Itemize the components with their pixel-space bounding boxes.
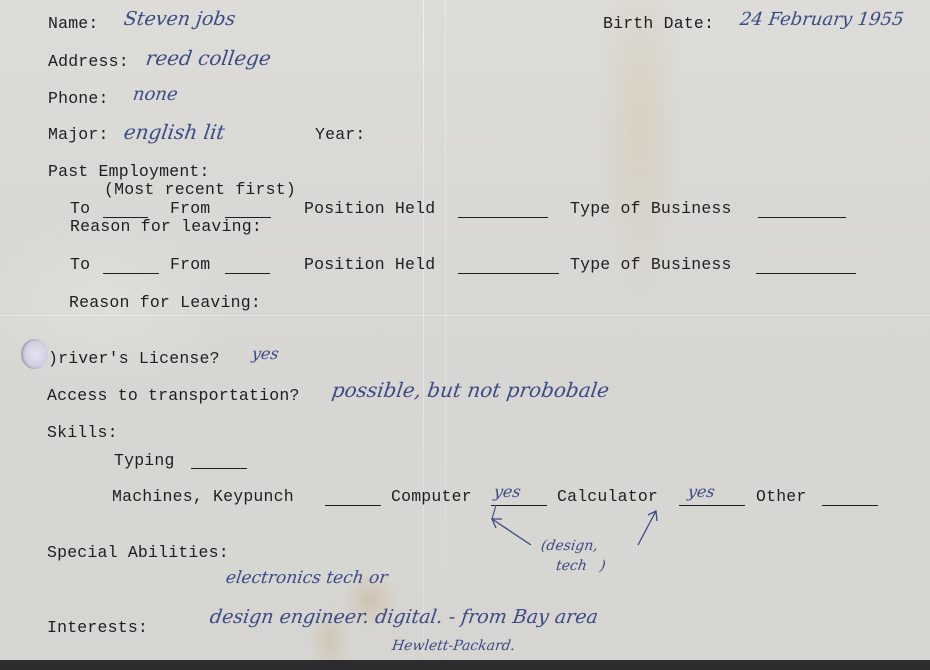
year-label: Year: xyxy=(315,125,366,144)
job1-position-field[interactable] xyxy=(458,217,548,218)
other-label: Other xyxy=(756,487,807,506)
scanned-form-page: Name: Steven jobs Birth Date: 24 Februar… xyxy=(0,0,930,660)
past-employment-heading: Past Employment: xyxy=(48,162,210,181)
job1-position-label: Position Held xyxy=(304,199,435,218)
drivers-license-label: )river's License? xyxy=(48,349,220,368)
typing-label: Typing xyxy=(114,451,175,470)
job2-position-label: Position Held xyxy=(304,255,435,274)
keypunch-label: Machines, Keypunch xyxy=(112,487,294,506)
hole-punch xyxy=(21,339,48,369)
annotation-arrows-icon xyxy=(480,505,670,565)
job1-from-label: From xyxy=(170,199,210,218)
skills-heading: Skills: xyxy=(47,423,118,442)
birth-date-label: Birth Date: xyxy=(603,14,714,33)
job1-reason-label: Reason for leaving: xyxy=(70,217,262,236)
special-abilities-value: electronics tech or xyxy=(225,568,389,588)
interests-value-line2: Hewlett-Packard. xyxy=(391,638,516,654)
other-field[interactable] xyxy=(822,505,878,506)
keypunch-field[interactable] xyxy=(325,505,381,506)
calculator-label: Calculator xyxy=(557,487,658,506)
computer-value: yes xyxy=(493,482,522,501)
calculator-field[interactable] xyxy=(679,505,745,506)
drivers-license-value: yes xyxy=(251,344,280,363)
fold-crease-vertical-2 xyxy=(445,0,446,660)
job2-reason-label: Reason for Leaving: xyxy=(69,293,261,312)
phone-label: Phone: xyxy=(48,89,109,108)
job2-to-field[interactable] xyxy=(103,273,159,274)
major-value: english lit xyxy=(122,120,226,144)
job2-business-field[interactable] xyxy=(756,273,856,274)
fold-crease-vertical xyxy=(423,0,424,660)
calculator-value: yes xyxy=(687,482,716,501)
job2-business-label: Type of Business xyxy=(570,255,732,274)
job2-from-label: From xyxy=(170,255,210,274)
skills-annotation-line1: (design, xyxy=(540,538,599,554)
transportation-label: Access to transportation? xyxy=(47,386,300,405)
job1-business-field[interactable] xyxy=(758,217,846,218)
job1-to-label: To xyxy=(70,199,90,218)
computer-label: Computer xyxy=(391,487,472,506)
interests-label: Interests: xyxy=(47,618,148,637)
past-employment-subheading: (Most recent first) xyxy=(104,180,296,199)
address-value: reed college xyxy=(144,46,272,70)
name-label: Name: xyxy=(48,14,99,33)
transportation-value: possible, but not probobale xyxy=(330,378,610,402)
job2-position-field[interactable] xyxy=(458,273,559,274)
interests-value-line1: design engineer. digital. - from Bay are… xyxy=(208,606,599,628)
major-label: Major: xyxy=(48,125,109,144)
birth-date-value: 24 February 1955 xyxy=(739,9,905,30)
job2-from-field[interactable] xyxy=(225,273,270,274)
job1-business-label: Type of Business xyxy=(570,199,732,218)
name-value: Steven jobs xyxy=(122,8,236,30)
fold-crease-horizontal xyxy=(0,315,930,316)
scan-bottom-edge xyxy=(0,660,930,670)
skills-annotation-line2: tech ) xyxy=(555,558,607,574)
special-abilities-label: Special Abilities: xyxy=(47,543,229,562)
address-label: Address: xyxy=(48,52,129,71)
typing-field[interactable] xyxy=(191,468,247,469)
job2-to-label: To xyxy=(70,255,90,274)
phone-value: none xyxy=(132,84,180,105)
